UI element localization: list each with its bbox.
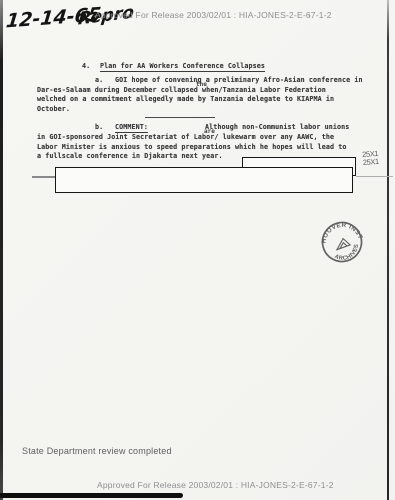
para-a-label: a. xyxy=(95,76,103,84)
para-b-line-4: a fullscale conference in Djakarta next … xyxy=(37,152,223,160)
para-a-line-4: October. xyxy=(37,105,70,113)
para-b-label: b. xyxy=(95,123,103,131)
para-a-line-3: welched on a commitment allegedly made b… xyxy=(37,95,334,103)
document-page: , 12-14-65 Repro Approved For Release 20… xyxy=(0,0,395,500)
approval-stamp-top: Approved For Release 2003/02/01 : HIA-JO… xyxy=(95,10,332,20)
seal-tower-icon xyxy=(334,237,350,250)
para-b-line-3: Labor Minister is anxious to speed prepa… xyxy=(37,143,346,151)
comment-label: COMMENT: xyxy=(115,123,148,133)
para-b-line-2: in GOI-sponsored Joint Secretariat of La… xyxy=(37,133,334,141)
para-a-line-1: GOI hope of convening a preliminary Afro… xyxy=(115,76,363,84)
scan-edge-left xyxy=(0,0,3,500)
separator-rule xyxy=(145,117,215,118)
scan-strip-bottom xyxy=(0,493,183,498)
doc-heading: Plan for AA Workers Conference Collapses xyxy=(100,62,265,72)
redaction-label-2: 25X1 xyxy=(363,157,379,166)
redaction-labels: 25X1 25X1 xyxy=(362,150,379,166)
hoover-archives-seal: HOOVER INST. ARCHIVES xyxy=(312,212,371,271)
scan-edge-right xyxy=(387,0,389,500)
doc-heading-number: 4. xyxy=(82,62,90,70)
review-note: State Department review completed xyxy=(22,446,172,456)
para-b-line-1: Although non-Communist labor unions xyxy=(205,123,349,131)
redaction-connector-left xyxy=(32,176,55,178)
redaction-connector-right xyxy=(356,176,393,177)
approval-stamp-bottom: Approved For Release 2003/02/01 : HIA-JO… xyxy=(97,480,334,490)
redaction-box-large xyxy=(55,167,353,193)
para-a-line-2: Dar-es-Salaam during December collapsed … xyxy=(37,86,326,94)
